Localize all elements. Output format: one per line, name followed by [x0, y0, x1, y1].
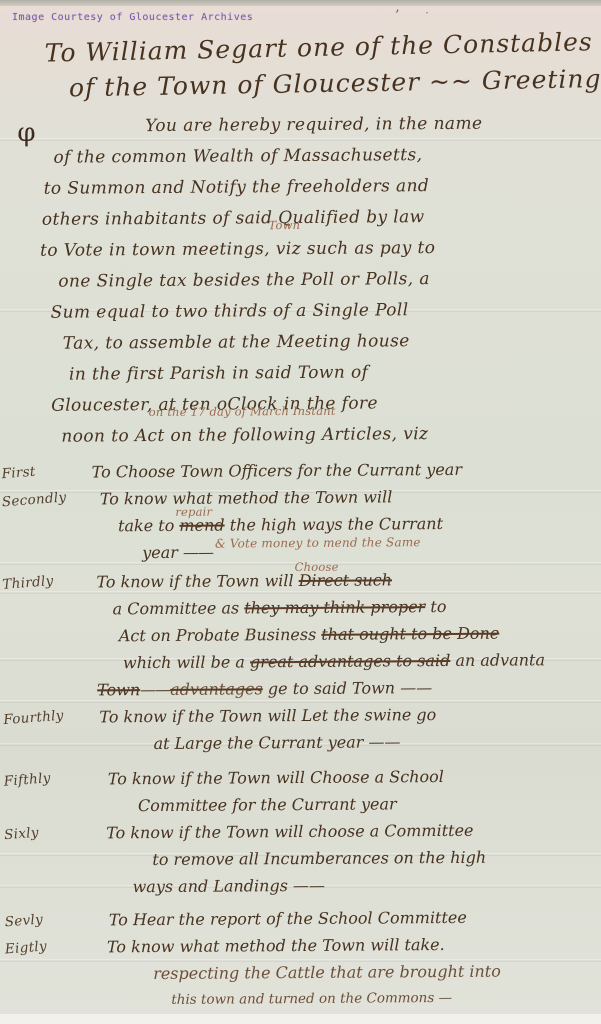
dash-flourish: ——: [140, 680, 170, 699]
article-text: a Committee as: [113, 598, 245, 618]
preamble-text: others inhabitants of said: [42, 208, 273, 230]
struck-word: advantages: [170, 679, 263, 699]
article-line: To Hear the report of the School Committ…: [109, 903, 601, 933]
article-line: a Committee as they may think proper to: [113, 592, 601, 622]
preamble-line: Sum equal to two thirds of a Single Poll: [50, 294, 599, 329]
preamble-line: in the first Parish in said Town of: [69, 356, 600, 391]
preamble-line: to Vote in town meetings, viz such as pa…: [40, 232, 599, 267]
inserted-word: Town: [268, 210, 300, 241]
article-line: to remove all Incumberances on the high: [152, 843, 601, 873]
article-fifthly: Fifthly To know if the Town will Choose …: [2, 762, 601, 820]
preamble-line: one Single tax besides the Poll or Polls…: [58, 263, 599, 298]
article-label: Thirdly: [1, 568, 54, 599]
struck-words: they may think proper: [244, 597, 425, 617]
struck-words: great advantages to said: [250, 651, 450, 671]
article-label: First: [1, 459, 37, 489]
preamble-text: Gloucester,: [51, 395, 153, 416]
article-line: To know if the Town will ChooseDirect su…: [96, 565, 601, 596]
article-text: To know if the Town will: [96, 571, 298, 591]
article-line: To know if the Town will Let the swine g…: [99, 700, 601, 731]
struck-words: that ought to be Done: [321, 624, 499, 644]
preamble-line: to Summon and Notify the freeholders and: [44, 170, 599, 205]
article-label: Fourthly: [2, 703, 64, 735]
article-label: Secondly: [1, 484, 67, 516]
article-line: ways and Landings ——: [132, 870, 601, 900]
article-line: To Choose Town Officers for the Currant …: [92, 455, 601, 486]
warrant-articles: First To Choose Town Officers for the Cu…: [0, 455, 601, 1014]
preamble-line: others inhabitants of saidTown Qualified…: [42, 201, 599, 236]
article-line: this town and turned on the Commons —: [171, 984, 601, 1014]
preamble-line: Gloucester,on the 17 day of March Instan…: [51, 387, 600, 422]
preamble-line: of the common Wealth of Massachusetts,: [53, 139, 598, 174]
article-line: To know what method the Town will take.: [107, 930, 601, 960]
article-line: To know if the Town will choose a Commit…: [106, 816, 601, 846]
article-line: at Large the Currant year ——: [153, 727, 601, 757]
archive-credit-watermark: Image Courtesy of Gloucester Archives: [12, 12, 253, 23]
article-eighthly: Eigtly To know what method the Town will…: [3, 930, 601, 1014]
preamble-line: You are hereby required, in the name: [145, 108, 598, 142]
article-sixthly: Sixly To know if the Town will choose a …: [2, 816, 601, 901]
struck-word: Town: [97, 680, 140, 699]
stray-ink-mark: ’: [395, 8, 399, 24]
paragraph-mark: φ: [17, 118, 35, 148]
article-seventhly: Sevly To Hear the report of the School C…: [3, 903, 601, 934]
article-label: Sixly: [3, 820, 40, 850]
article-text: an advanta: [450, 650, 545, 670]
article-line: To know if the Town will Choose a School: [108, 762, 601, 792]
article-thirdly: Thirdly To know if the Town will ChooseD…: [0, 565, 601, 704]
article-text: which will be a: [123, 652, 250, 672]
article-text: ge to said Town ——: [263, 678, 433, 698]
article-text: take to: [118, 516, 180, 535]
article-line: Act on Probate Business that ought to be…: [119, 619, 601, 649]
inserted-word: repair: [175, 499, 212, 526]
article-text: to: [425, 597, 446, 616]
article-line: Committee for the Currant year: [138, 789, 601, 819]
article-label: Sevly: [4, 907, 44, 937]
stray-ink-mark: ·: [425, 6, 429, 20]
warrant-preamble: You are hereby required, in the name of …: [0, 108, 601, 453]
article-line: year ——& Vote money to mend the Same: [142, 536, 601, 568]
correction: ChooseDirect such: [299, 566, 393, 594]
handwritten-manuscript: To William Segart one of the Constables …: [0, 28, 601, 1014]
manuscript-paper: Image Courtesy of Gloucester Archives ’ …: [0, 6, 601, 1014]
article-line: which will be a great advantages to said…: [123, 646, 601, 676]
article-fourthly: Fourthly To know if the Town will Let th…: [1, 700, 601, 758]
inserted-word: Choose: [294, 554, 338, 581]
article-text: year: [142, 543, 183, 562]
article-first: First To Choose Town Officers for the Cu…: [0, 455, 601, 486]
inserted-date: on the 17 day of March Instant: [149, 396, 336, 428]
preamble-line: Tax, to assemble at the Meeting house: [63, 325, 600, 360]
article-line: respecting the Cattle that are brought i…: [153, 957, 601, 987]
dash-flourish: ——: [183, 543, 213, 562]
article-text: Act on Probate Business: [119, 625, 322, 645]
scanned-document-page: Image Courtesy of Gloucester Archives ’ …: [0, 0, 601, 1024]
article-label: Fifthly: [3, 765, 52, 796]
article-label: Eigtly: [4, 933, 48, 963]
article-line: Town——advantages ge to said Town ——: [97, 673, 601, 704]
